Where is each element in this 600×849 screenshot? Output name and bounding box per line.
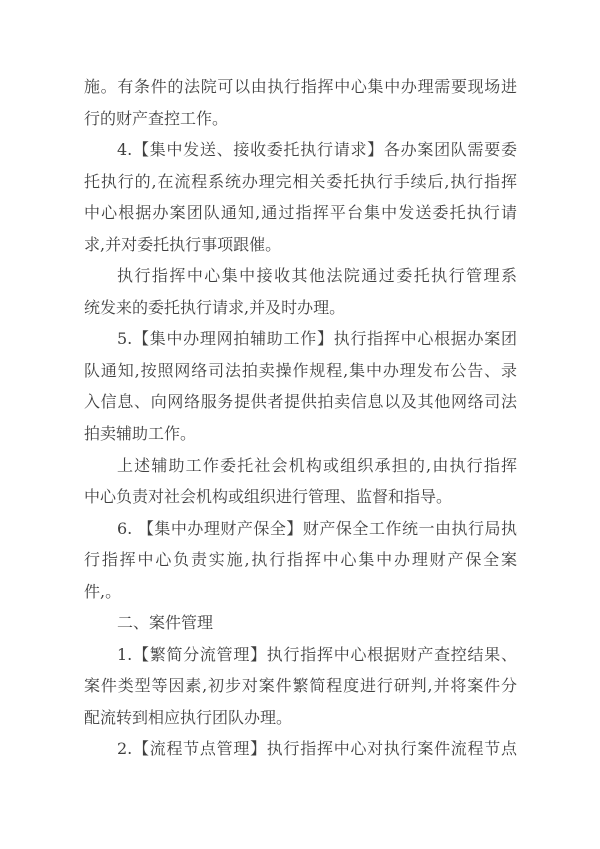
text-line: 执行指挥中心集中接收其他法院通过委托执行管理系 xyxy=(84,260,517,292)
text-line: 二、案件管理 xyxy=(84,607,517,639)
text-line: 队通知,按照网络司法拍卖操作规程,集中办理发布公告、录 xyxy=(84,355,517,387)
text-line: 求,并对委托执行事项跟催。 xyxy=(84,229,517,261)
text-line: 拍卖辅助工作。 xyxy=(84,418,517,450)
text-line: 托执行的,在流程系统办理完相关委托执行手续后,执行指挥 xyxy=(84,166,517,198)
text-line: 中心根据办案团队通知,通过指挥平台集中发送委托执行请 xyxy=(84,197,517,229)
document-page: 施。有条件的法院可以由执行指挥中心集中办理需要现场进行的财产查控工作。4.【集中… xyxy=(0,0,600,849)
text-line: 行的财产查控工作。 xyxy=(84,103,517,135)
text-line: 上述辅助工作委托社会机构或组织承担的,由执行指挥 xyxy=(84,450,517,482)
text-line: 中心负责对社会机构或组织进行管理、监督和指导。 xyxy=(84,481,517,513)
text-line: 入信息、向网络服务提供者提供拍卖信息以及其他网络司法 xyxy=(84,386,517,418)
text-line: 1.【繁简分流管理】执行指挥中心根据财产查控结果、 xyxy=(84,639,517,671)
text-line: 配流转到相应执行团队办理。 xyxy=(84,702,517,734)
text-line: 4.【集中发送、接收委托执行请求】各办案团队需要委 xyxy=(84,134,517,166)
document-body: 施。有条件的法院可以由执行指挥中心集中办理需要现场进行的财产查控工作。4.【集中… xyxy=(84,71,517,765)
text-line: 行指挥中心负责实施,执行指挥中心集中办理财产保全案 xyxy=(84,544,517,576)
text-line: 件,。 xyxy=(84,576,517,608)
text-line: 2.【流程节点管理】执行指挥中心对执行案件流程节点 xyxy=(84,733,517,765)
text-line: 6. 【集中办理财产保全】财产保全工作统一由执行局执 xyxy=(84,513,517,545)
text-line: 统发来的委托执行请求,并及时办理。 xyxy=(84,292,517,324)
text-line: 案件类型等因素,初步对案件繁简程度进行研判,并将案件分 xyxy=(84,670,517,702)
text-line: 施。有条件的法院可以由执行指挥中心集中办理需要现场进 xyxy=(84,71,517,103)
text-line: 5.【集中办理网拍辅助工作】执行指挥中心根据办案团 xyxy=(84,323,517,355)
